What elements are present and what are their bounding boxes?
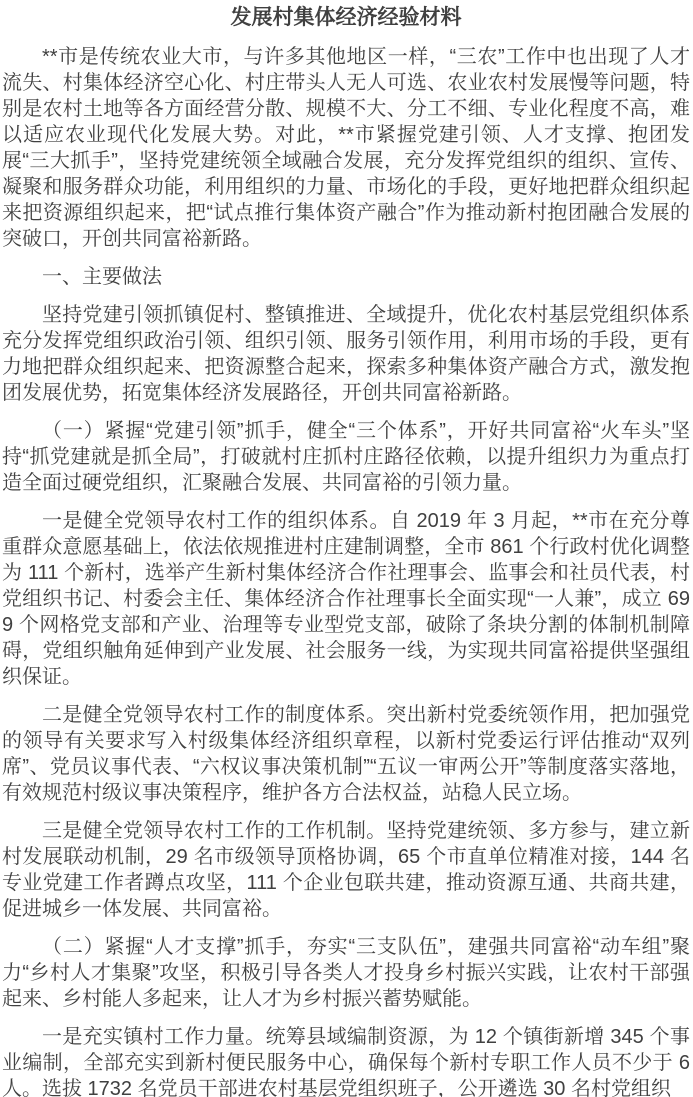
- paragraph-first-organization-system: 一是健全党领导农村工作的组织体系。自 2019 年 3 月起，**市在充分尊重群…: [2, 508, 690, 690]
- paragraph-grip-talent-support: （二）紧握“人才支撑”抓手，夯实“三支队伍”，建强共同富裕“动车组”聚力“乡村人…: [2, 934, 690, 1012]
- document-title: 发展村集体经济经验材料: [2, 4, 690, 32]
- paragraph-third-work-mechanism: 三是健全党领导农村工作的工作机制。坚持党建统领、多方参与，建立新村发展联动机制，…: [2, 818, 690, 922]
- document-page: 发展村集体经济经验材料 **市是传统农业大市，与许多其他地区一样，“三农”工作中…: [0, 0, 693, 1097]
- paragraph-grip-party-building: （一）紧握“党建引领”抓手，健全“三个体系”，开好共同富裕“火车头”坚持“抓党建…: [2, 418, 690, 496]
- section-heading-main-practices: 一、主要做法: [2, 264, 690, 290]
- paragraph-second-institution-system: 二是健全党领导农村工作的制度体系。突出新村党委统领作用，把加强党的领导有关要求写…: [2, 702, 690, 806]
- paragraph-overview: 坚持党建引领抓镇促村、整镇推进、全域提升，优化农村基层党组织体系充分发挥党组织政…: [2, 302, 690, 406]
- paragraph-intro: **市是传统农业大市，与许多其他地区一样，“三农”工作中也出现了人才流失、村集体…: [2, 44, 690, 252]
- paragraph-first-town-village-staff: 一是充实镇村工作力量。统筹县域编制资源，为 12 个镇街新增 345 个事业编制…: [2, 1024, 690, 1097]
